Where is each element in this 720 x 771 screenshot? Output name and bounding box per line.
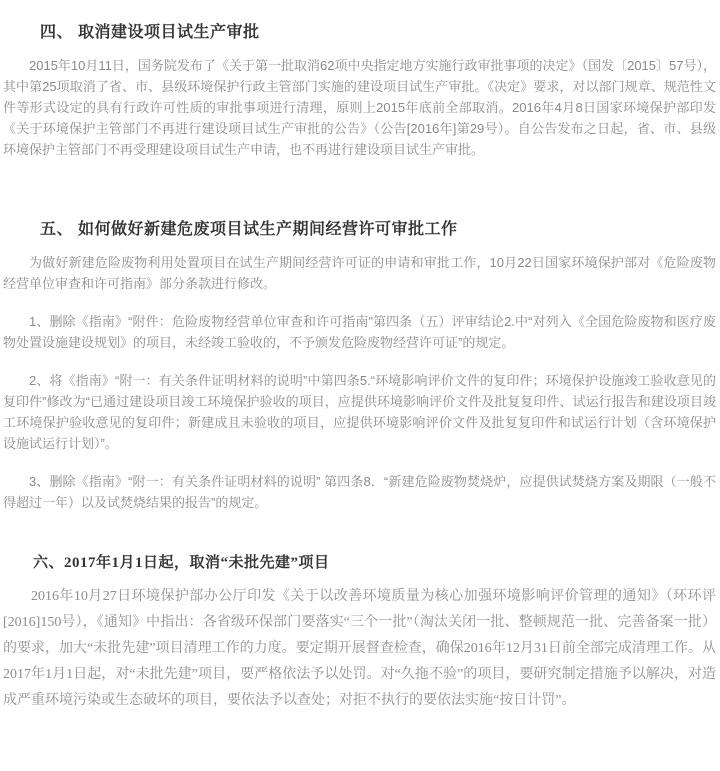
section-6-paragraph: 2016年10月27日环境保护部办公厅印发《关于以改善环境质量为核心加强环境影响… xyxy=(3,584,716,714)
section-5-heading: 五、 如何做好新建危废项目试生产期间经营许可审批工作 xyxy=(3,216,716,239)
section-5-item-2: 2、将《指南》“附一：有关条件证明材料的说明”中第四条5.“环境影响评价文件的复… xyxy=(3,370,716,454)
section-4-paragraph: 2015年10月11日，国务院发布了《关于第一批取消62项中央指定地方实施行政审… xyxy=(3,55,716,160)
section-4-heading: 四、 取消建设项目试生产审批 xyxy=(3,19,716,42)
document-page: 四、 取消建设项目试生产审批 2015年10月11日，国务院发布了《关于第一批取… xyxy=(0,0,720,771)
section-5-intro-paragraph: 为做好新建危险废物利用处置项目在试生产期间经营许可证的申请和审批工作，10月22… xyxy=(3,252,716,294)
section-5-item-1: 1、删除《指南》“附件：危险废物经营单位审查和许可指南”第四条（五）评审结论2.… xyxy=(3,311,716,353)
section-5-item-3: 3、删除《指南》“附一：有关条件证明材料的说明” 第四条8．“新建危险废物焚烧炉… xyxy=(3,471,716,513)
section-6-heading: 六、2017年1月1日起，取消“未批先建”项目 xyxy=(3,551,716,572)
